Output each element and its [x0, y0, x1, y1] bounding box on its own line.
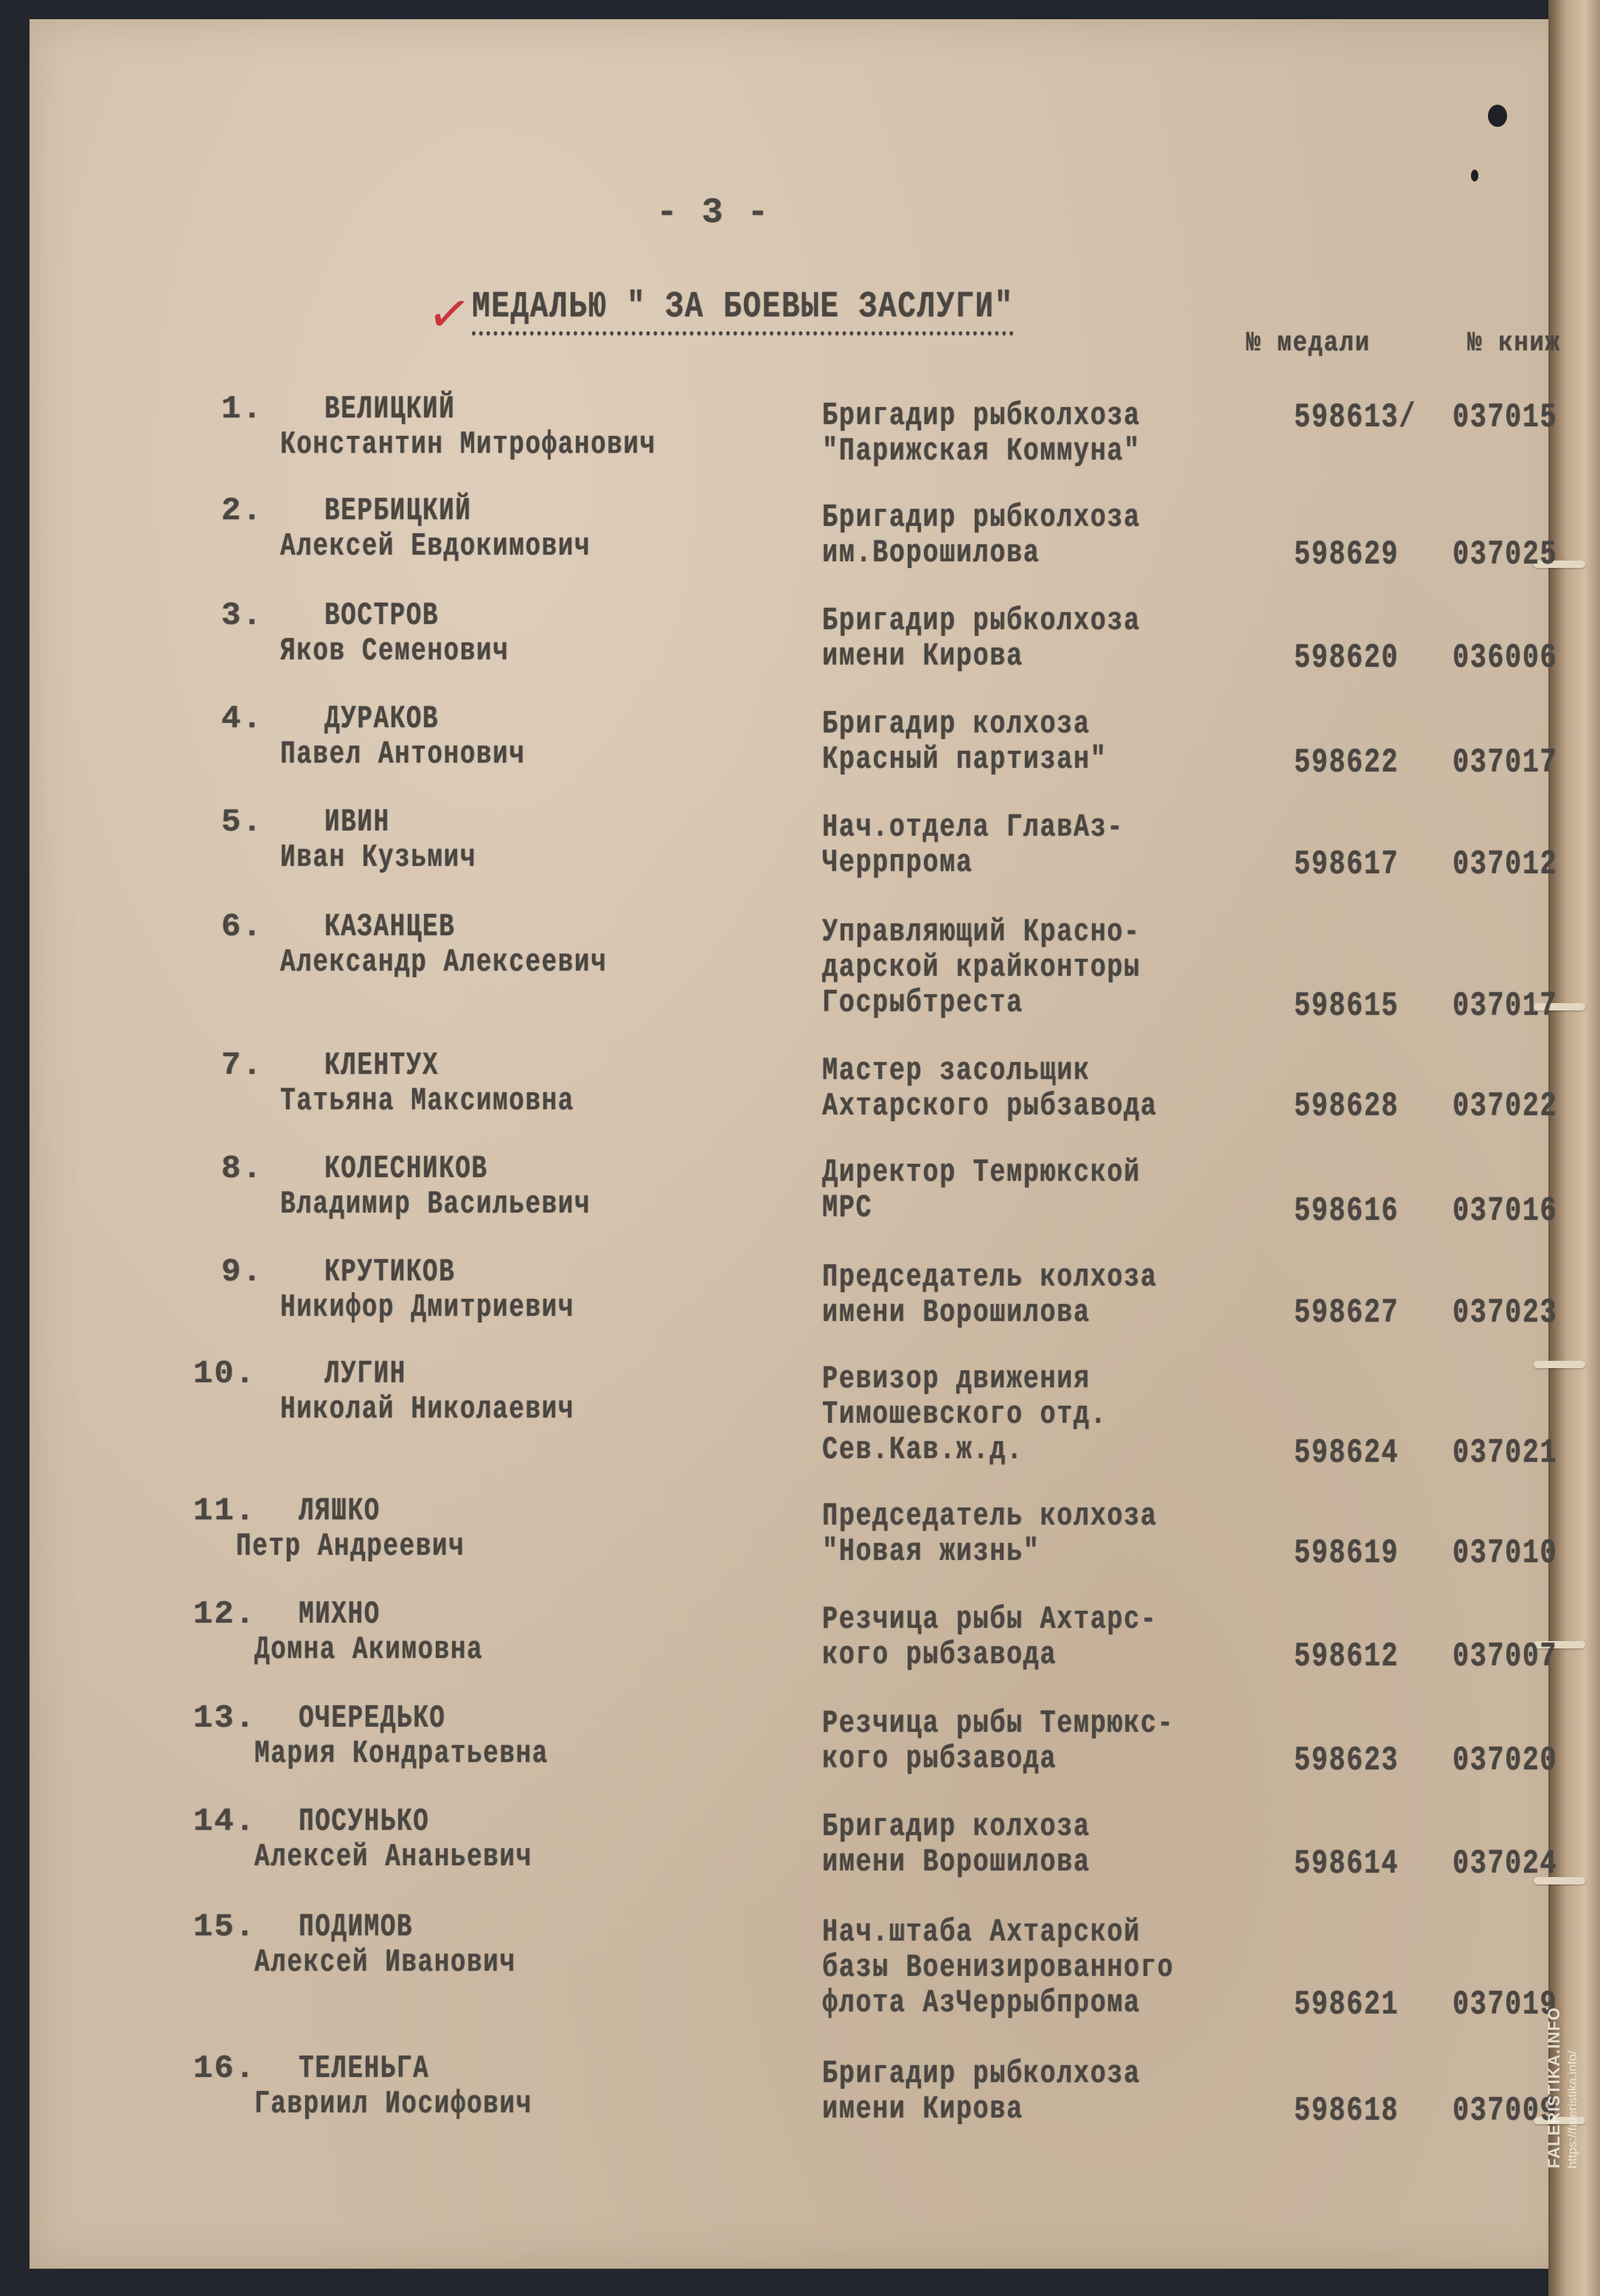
entry-number: 14.: [193, 1803, 256, 1840]
entry-position: Ревизор движения Тимошевского отд. Сев.К…: [822, 1362, 1107, 1468]
entry-given-name: Павел Антонович: [280, 736, 525, 773]
entry-number: 1.: [221, 391, 263, 428]
entry-given-name: Домна Акимовна: [254, 1631, 483, 1668]
entry-surname: ВОСТРОВ: [324, 597, 439, 634]
binding-stitch: [1534, 1361, 1585, 1368]
entry-booklet-number: 037009: [1453, 2092, 1557, 2130]
entry-surname: КРУТИКОВ: [324, 1254, 455, 1291]
entry-number: 9.: [221, 1254, 263, 1291]
section-title: МЕДАЛЬЮ " ЗА БОЕВЫЕ ЗАСЛУГИ": [472, 286, 1014, 336]
entry-given-name: Константин Митрофанович: [280, 426, 656, 463]
entry-booklet-number: 037021: [1453, 1434, 1557, 1472]
entry-position: Председатель колхоза "Новая жизнь": [822, 1499, 1157, 1570]
entry-number: 7.: [221, 1047, 263, 1084]
entry-surname: ПОСУНЬКО: [299, 1803, 429, 1840]
entry-medal-number: 598627: [1294, 1294, 1399, 1332]
entry-number: 12.: [193, 1596, 256, 1633]
entry-position: Нач.отдела ГлавАз- Черрпрома: [822, 810, 1124, 881]
entry-booklet-number: 037017: [1453, 743, 1557, 782]
entry-given-name: Владимир Васильевич: [280, 1186, 591, 1223]
entry-surname: ВЕРБИЦКИЙ: [324, 493, 471, 530]
paper-hole-mark: [1488, 105, 1507, 127]
entry-medal-number: 598622: [1294, 743, 1399, 782]
entry-surname: ЛЯШКО: [299, 1493, 380, 1530]
entry-booklet-number: 037015: [1453, 398, 1557, 437]
entry-booklet-number: 037019: [1453, 1985, 1557, 2024]
entry-given-name: Никифор Дмитриевич: [280, 1289, 574, 1326]
entry-surname: КЛЕНТУХ: [324, 1047, 439, 1084]
entry-medal-number: 598620: [1294, 639, 1399, 677]
entry-surname: ВЕЛИЦКИЙ: [324, 391, 455, 428]
entry-booklet-number: 036006: [1453, 639, 1557, 677]
entry-position: Мастер засольщик Ахтарского рыбзавода: [822, 1053, 1157, 1124]
entry-booklet-number: 037017: [1453, 987, 1557, 1025]
entry-position: Управляющий Красно- дарской крайконторы …: [822, 915, 1141, 1021]
entry-surname: ТЕЛЕНЬГА: [299, 2050, 429, 2087]
entry-medal-number: 598617: [1294, 845, 1399, 884]
entry-medal-number: 598624: [1294, 1434, 1399, 1472]
entry-medal-number: 598613/: [1294, 398, 1416, 437]
entry-given-name: Александр Алексеевич: [280, 944, 607, 981]
column-header-booklet-number: № книж: [1467, 327, 1561, 359]
entry-given-name: Гавриил Иосифович: [254, 2086, 532, 2123]
entry-given-name: Мария Кондратьевна: [254, 1735, 549, 1772]
entry-surname: МИХНО: [299, 1596, 380, 1633]
entry-number: 11.: [193, 1493, 256, 1530]
entry-given-name: Яков Семенович: [280, 633, 509, 670]
watermark: FALERISTIKA.INFO https://faleristika.inf…: [1545, 2007, 1580, 2168]
entry-booklet-number: 037024: [1453, 1845, 1557, 1883]
entry-position: Бригадир рыбколхоза "Парижская Коммуна": [822, 398, 1141, 469]
entry-given-name: Татьяна Максимовна: [280, 1083, 574, 1120]
entry-given-name: Алексей Евдокимович: [280, 528, 591, 565]
entry-medal-number: 598612: [1294, 1637, 1399, 1676]
entry-number: 10.: [193, 1356, 256, 1392]
entry-medal-number: 598615: [1294, 987, 1399, 1025]
entry-number: 13.: [193, 1700, 256, 1737]
entry-surname: ПОДИМОВ: [299, 1909, 413, 1946]
entry-position: Бригадир рыбколхоза имени Кирова: [822, 2056, 1141, 2127]
entry-given-name: Николай Николаевич: [280, 1391, 574, 1428]
entry-number: 5.: [221, 804, 263, 841]
entry-given-name: Петр Андреевич: [236, 1528, 465, 1565]
entry-position: Бригадир рыбколхоза им.Ворошилова: [822, 500, 1141, 571]
entry-surname: ИВИН: [324, 804, 390, 841]
entry-position: Бригадир колхоза имени Ворошилова: [822, 1809, 1091, 1880]
paper-speck: [1471, 170, 1478, 181]
entry-number: 8.: [221, 1151, 263, 1187]
entry-medal-number: 598623: [1294, 1741, 1399, 1780]
entry-booklet-number: 037020: [1453, 1741, 1557, 1780]
entry-booklet-number: 037012: [1453, 845, 1557, 884]
entry-position: Резчица рыбы Темрюкс- кого рыбзавода: [822, 1706, 1174, 1777]
entry-medal-number: 598619: [1294, 1534, 1399, 1572]
entry-position: Бригадир колхоза Красный партизан": [822, 707, 1107, 777]
entry-position: Резчица рыбы Ахтарс- кого рыбзавода: [822, 1602, 1157, 1673]
entry-position: Директор Темрюкской МРС: [822, 1155, 1141, 1226]
entry-position: Нач.штаба Ахтарской базы Военизированног…: [822, 1915, 1174, 2021]
entry-surname: КОЛЕСНИКОВ: [324, 1151, 488, 1187]
entry-given-name: Алексей Ананьевич: [254, 1839, 532, 1876]
watermark-brand: FALERISTIKA.INFO: [1545, 2007, 1564, 2168]
entry-position: Председатель колхоза имени Ворошилова: [822, 1260, 1157, 1331]
entry-given-name: Алексей Иванович: [254, 1944, 515, 1981]
entry-booklet-number: 037025: [1453, 535, 1557, 574]
column-header-medal-number: № медали: [1246, 327, 1371, 359]
entry-medal-number: 598618: [1294, 2092, 1399, 2130]
watermark-url: https://faleristika.info/: [1565, 2007, 1580, 2168]
entry-position: Бригадир рыбколхоза имени Кирова: [822, 603, 1141, 674]
entry-surname: ОЧЕРЕДЬКО: [299, 1700, 445, 1737]
entry-medal-number: 598628: [1294, 1087, 1399, 1126]
page-number: - 3 -: [656, 193, 770, 233]
entry-number: 3.: [221, 597, 263, 634]
entry-given-name: Иван Кузьмич: [280, 839, 476, 876]
entry-surname: ДУРАКОВ: [324, 701, 439, 738]
entry-medal-number: 598614: [1294, 1845, 1399, 1883]
entry-booklet-number: 037016: [1453, 1192, 1557, 1230]
entry-surname: ЛУГИН: [324, 1356, 406, 1392]
entry-booklet-number: 037007: [1453, 1637, 1557, 1676]
entry-medal-number: 598621: [1294, 1985, 1399, 2024]
entry-number: 4.: [221, 701, 263, 738]
entry-booklet-number: 037023: [1453, 1294, 1557, 1332]
entry-surname: КАЗАНЦЕВ: [324, 909, 455, 946]
entry-medal-number: 598629: [1294, 535, 1399, 574]
entry-booklet-number: 037022: [1453, 1087, 1557, 1126]
red-check-mark-icon: ✓: [424, 281, 475, 347]
entry-number: 16.: [193, 2050, 256, 2087]
entry-number: 15.: [193, 1909, 256, 1946]
entry-number: 2.: [221, 493, 263, 530]
entry-number: 6.: [221, 909, 263, 946]
entry-medal-number: 598616: [1294, 1192, 1399, 1230]
entry-booklet-number: 037010: [1453, 1534, 1557, 1572]
